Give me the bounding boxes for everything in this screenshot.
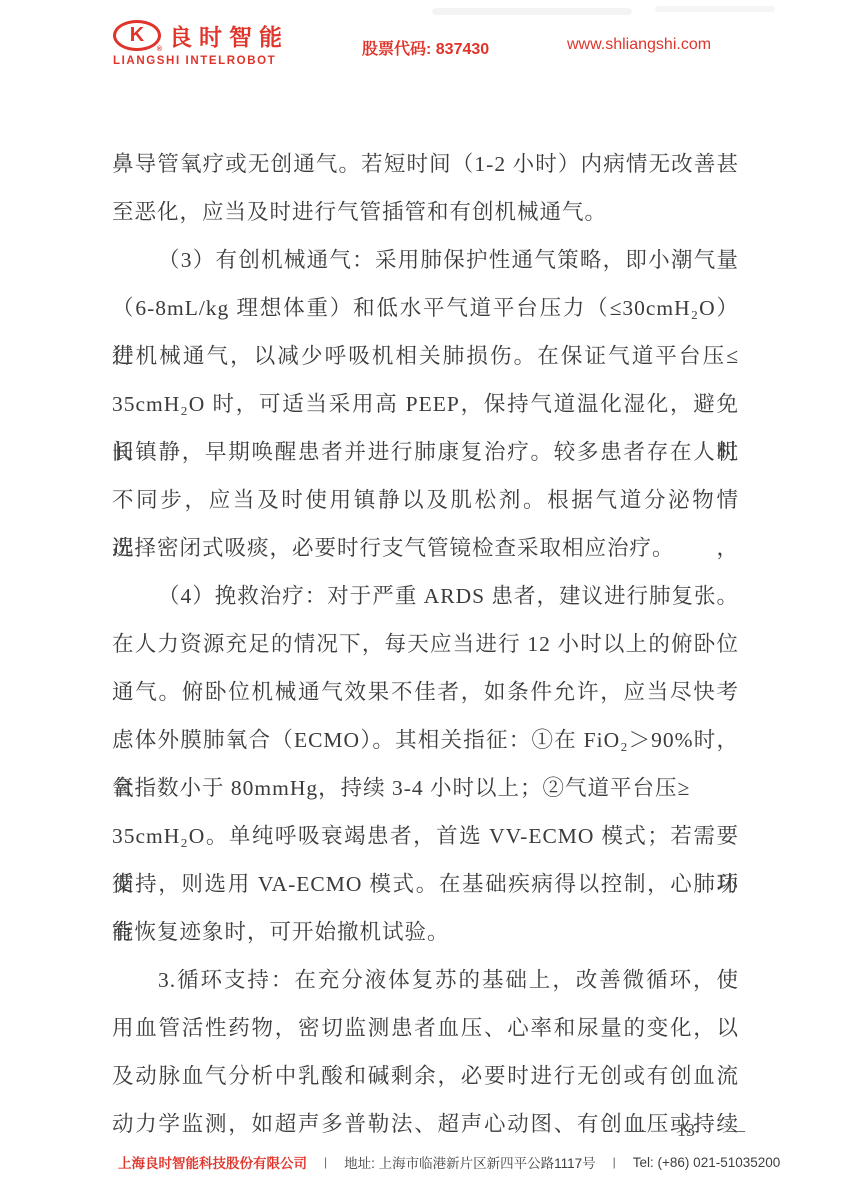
footer-company-name: 上海良时智能科技股份有限公司 [118,1152,307,1172]
registered-trademark-icon: ® [157,46,162,53]
text-line: 35cmH₂O。单纯呼吸衰竭患者，首选 VV-ECMO 模式；若需要循环 [112,812,739,860]
footer-info-bar: 上海良时智能科技股份有限公司 | 地址: 上海市临港新片区新四平公路1117号 … [118,1152,718,1172]
text-line: （3）有创机械通气：采用肺保护性通气策略，即小潮气量 [112,236,739,284]
logo-k-icon: K ® [113,20,161,51]
stock-code: 股票代码: 837430 [362,36,489,59]
company-logo: K ® 良时智能 LIANGSHI INTELROBOT [113,19,289,67]
scan-artifact [432,8,632,15]
document-page: K ® 良时智能 LIANGSHI INTELROBOT 股票代码: 83743… [0,0,848,1200]
text-line: 35cmH₂O 时，可适当采用高 PEEP，保持气道温化湿化，避免长时 [112,380,739,428]
text-line: 通气。俯卧位机械通气效果不佳者，如条件允许，应当尽快考 [112,668,739,716]
text-line: 间镇静，早期唤醒患者并进行肺康复治疗。较多患者存在人机 [112,428,739,476]
page-number: — 13 — [628,1120,744,1141]
brand-name-cn: 良时智能 [169,19,289,52]
text-line: 合指数小于 80mmHg，持续 3-4 小时以上；②气道平台压≥ [112,764,739,812]
footer-divider: | [613,1155,616,1169]
text-line: 用血管活性药物，密切监测患者血压、心率和尿量的变化，以 [112,1004,739,1052]
page-number-dash: — [727,1120,744,1141]
brand-name-en: LIANGSHI INTELROBOT [113,55,289,67]
text-line: 有恢复迹象时，可开始撤机试验。 [112,908,739,956]
text-line: 选择密闭式吸痰，必要时行支气管镜检查采取相应治疗。 [112,524,739,572]
text-line: 3.循环支持：在充分液体复苏的基础上，改善微循环，使 [112,956,739,1004]
scan-artifact [655,6,775,12]
document-text: 鼻导管氧疗或无创通气。若短时间（1-2 小时）内病情无改善甚至恶化，应当及时进行… [112,140,739,1148]
text-line: 不同步，应当及时使用镇静以及肌松剂。根据气道分泌物情况， [112,476,739,524]
page-number-value: 13 [677,1120,695,1141]
text-line: 鼻导管氧疗或无创通气。若短时间（1-2 小时）内病情无改善甚 [112,140,739,188]
text-line: 虑体外膜肺氧合（ECMO）。其相关指征：①在 FiO₂＞90%时，氧 [112,716,739,764]
text-line: 至恶化，应当及时进行气管插管和有创机械通气。 [112,188,739,236]
footer-address: 地址: 上海市临港新片区新四平公路1117号 [344,1152,596,1172]
website-link[interactable]: www.shliangshi.com [567,36,711,54]
text-line: 及动脉血气分析中乳酸和碱剩余，必要时进行无创或有创血流 [112,1052,739,1100]
text-line: （4）挽救治疗：对于严重 ARDS 患者，建议进行肺复张。 [112,572,739,620]
logo-letter: K [130,24,144,47]
text-line: 在人力资源充足的情况下，每天应当进行 12 小时以上的俯卧位 [112,620,739,668]
footer-telephone: Tel: (+86) 021-51035200 [633,1155,781,1170]
page-number-dash: — [628,1120,645,1141]
text-line: 行机械通气，以减少呼吸机相关肺损伤。在保证气道平台压≤ [112,332,739,380]
text-line: （6-8mL/kg 理想体重）和低水平气道平台压力（≤30cmH₂O）进 [112,284,739,332]
footer-divider: | [324,1155,327,1169]
text-line: 支持，则选用 VA-ECMO 模式。在基础疾病得以控制，心肺功能 [112,860,739,908]
